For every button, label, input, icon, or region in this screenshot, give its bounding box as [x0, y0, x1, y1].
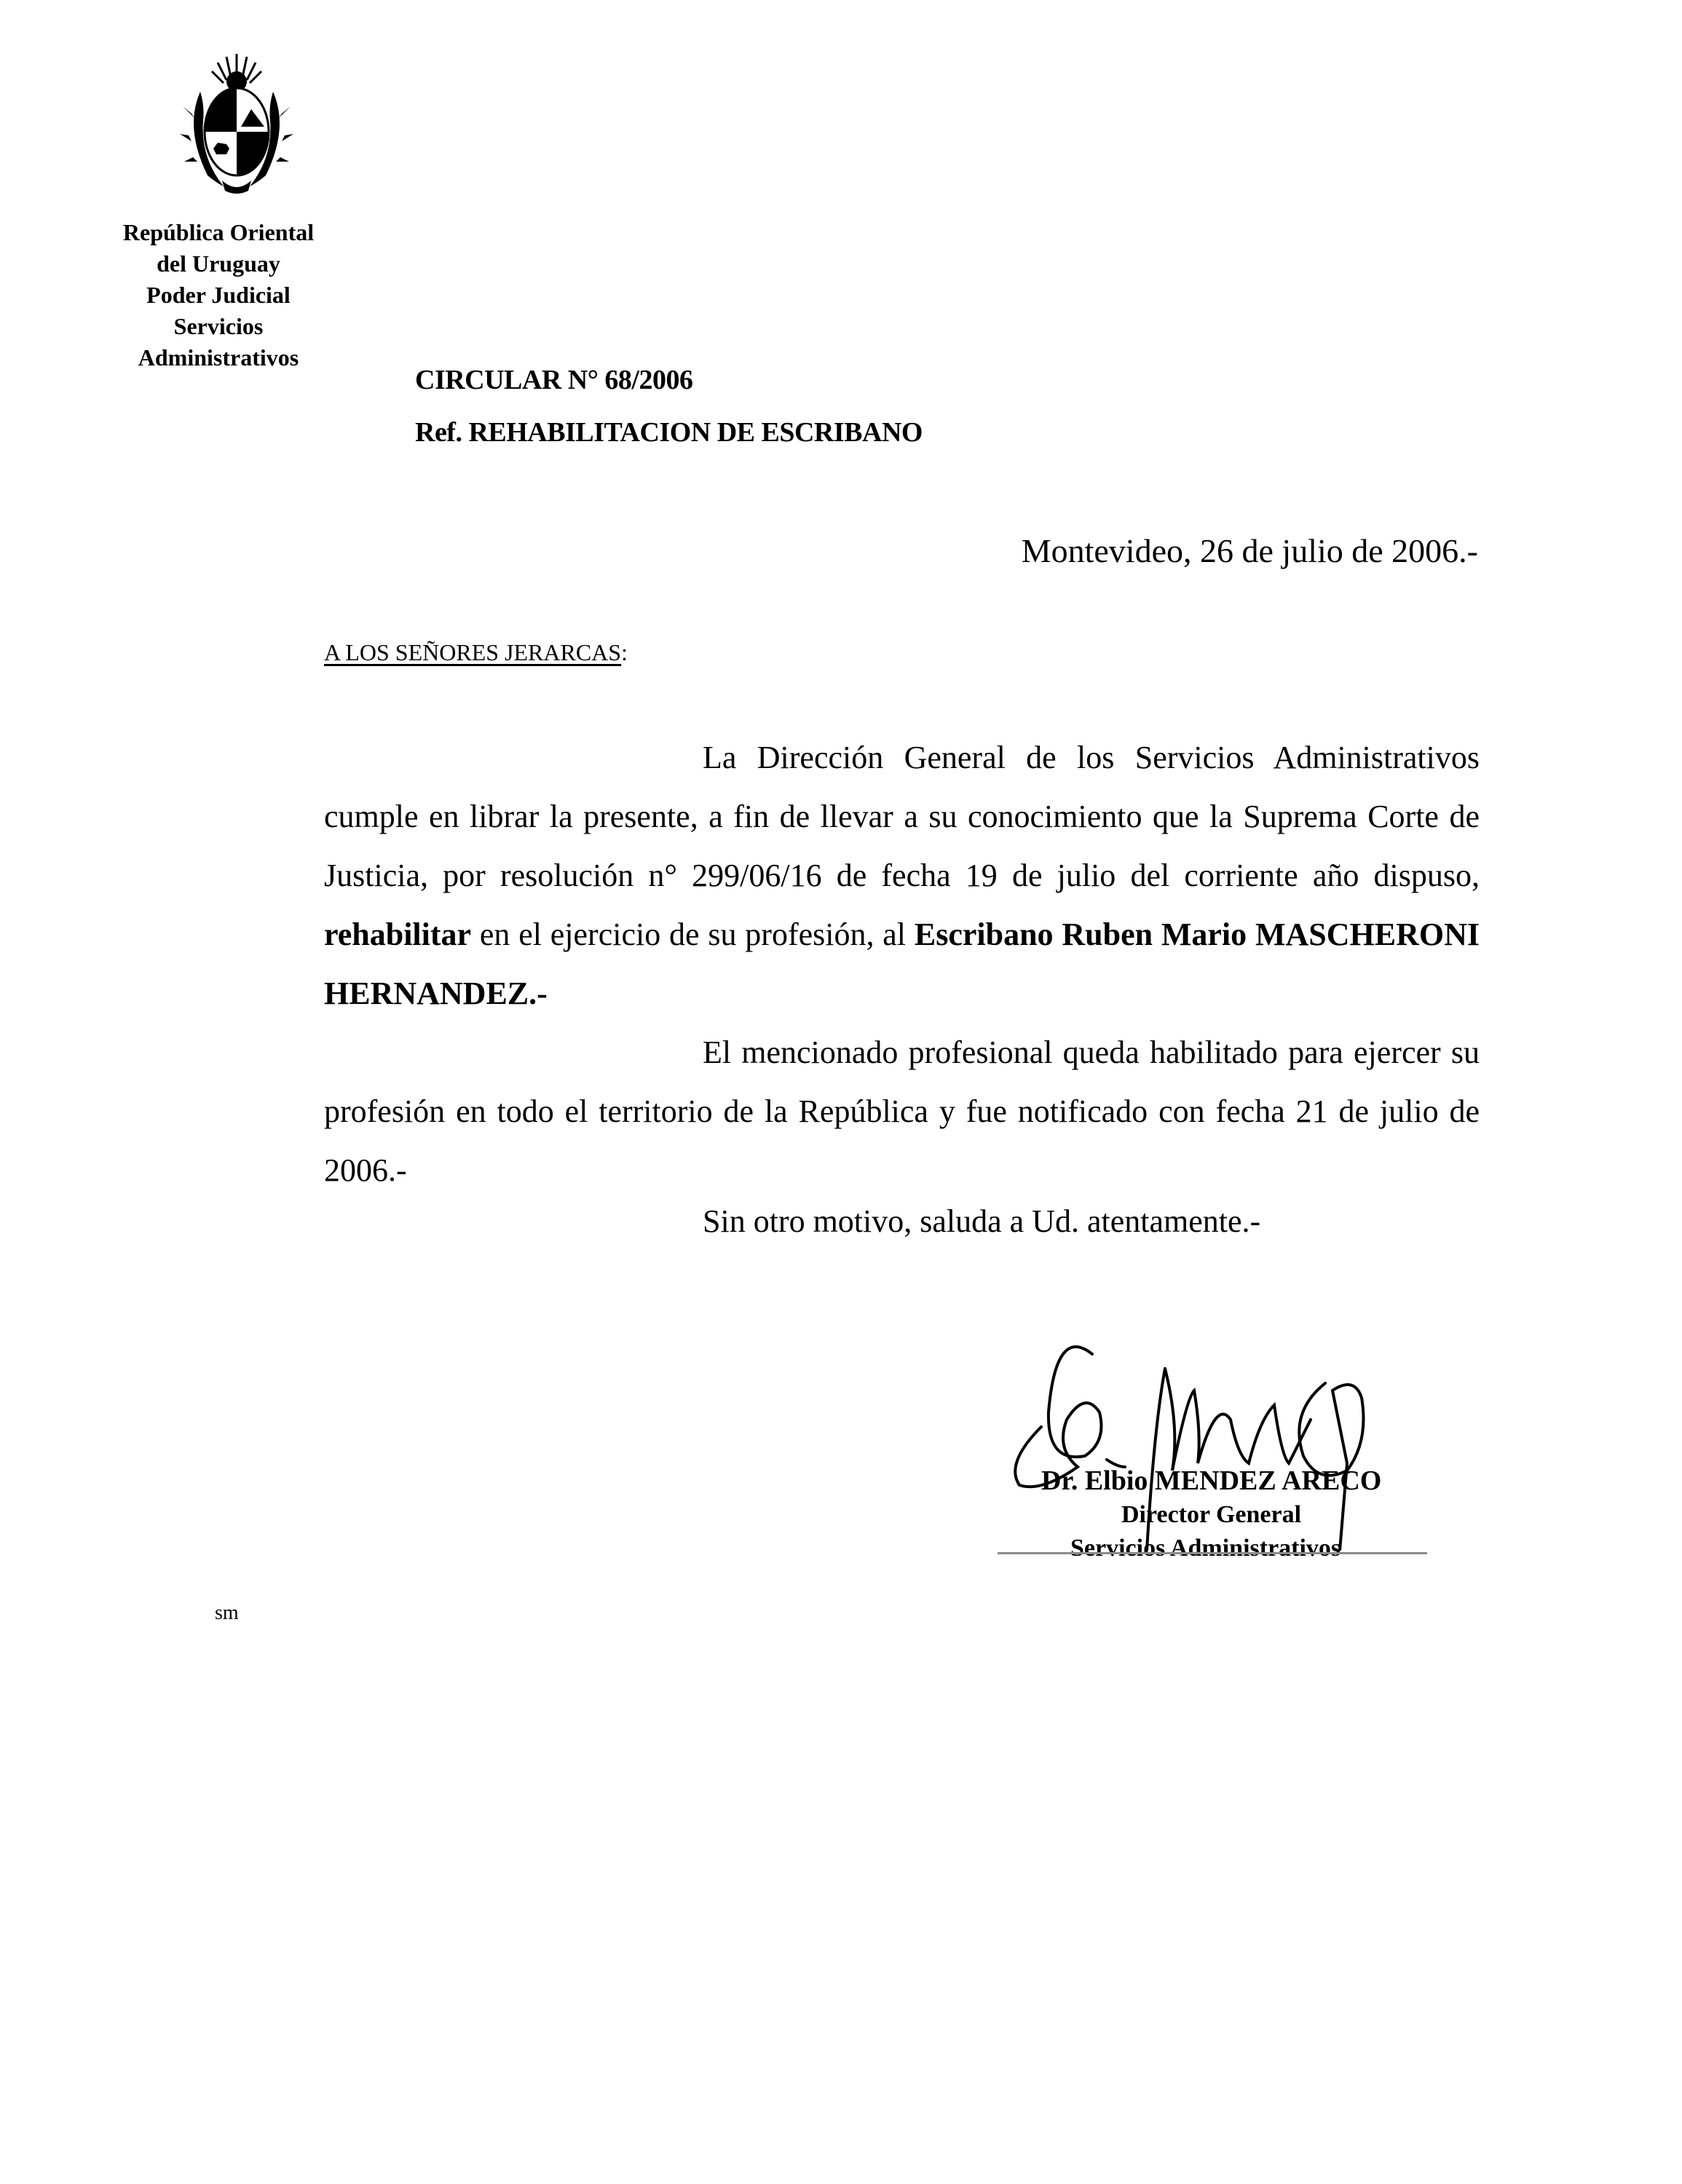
reference-line: Ref. REHABILITACION DE ESCRIBANO [415, 416, 923, 448]
paragraph-1: La Dirección General de los Servicios Ad… [324, 728, 1480, 1023]
signer-title: Director General [1121, 1501, 1301, 1529]
place-date: Montevideo, 26 de julio de 2006.- [1022, 531, 1478, 570]
signer-name: Dr. Elbio MENDEZ ARECO [1041, 1465, 1381, 1497]
salutation-suffix: : [621, 639, 628, 665]
org-line: Poder Judicial [73, 280, 364, 311]
paragraph-2: El mencionado profesional queda habilita… [324, 1023, 1480, 1200]
paragraph-1-text-2: en el ejercicio de su profesión, al [471, 917, 915, 952]
coat-of-arms-icon [178, 48, 295, 194]
salutation-text: A LOS SEÑORES JERARCAS [324, 639, 621, 665]
circular-number: CIRCULAR N° 68/2006 [415, 364, 692, 396]
org-line: República Oriental [73, 217, 364, 248]
paragraph-1-text: La Dirección General de los Servicios Ad… [324, 740, 1480, 893]
emphasis-rehabilitar: rehabilitar [324, 917, 471, 952]
signature-block: Dr. Elbio MENDEZ ARECO Director General … [998, 1310, 1449, 1551]
org-line: del Uruguay [73, 248, 364, 280]
closing-line: Sin otro motivo, saluda a Ud. atentament… [703, 1203, 1260, 1240]
org-line: Administrativos [73, 342, 364, 373]
organization-header: República Oriental del Uruguay Poder Jud… [73, 217, 364, 373]
typist-initials: sm [215, 1602, 239, 1625]
letter-body: La Dirección General de los Servicios Ad… [324, 728, 1480, 1200]
org-line: Servicios [73, 311, 364, 342]
signature-divider [998, 1552, 1427, 1554]
signer-department: Servicios Administrativos [1070, 1535, 1341, 1562]
salutation: A LOS SEÑORES JERARCAS: [324, 639, 628, 666]
